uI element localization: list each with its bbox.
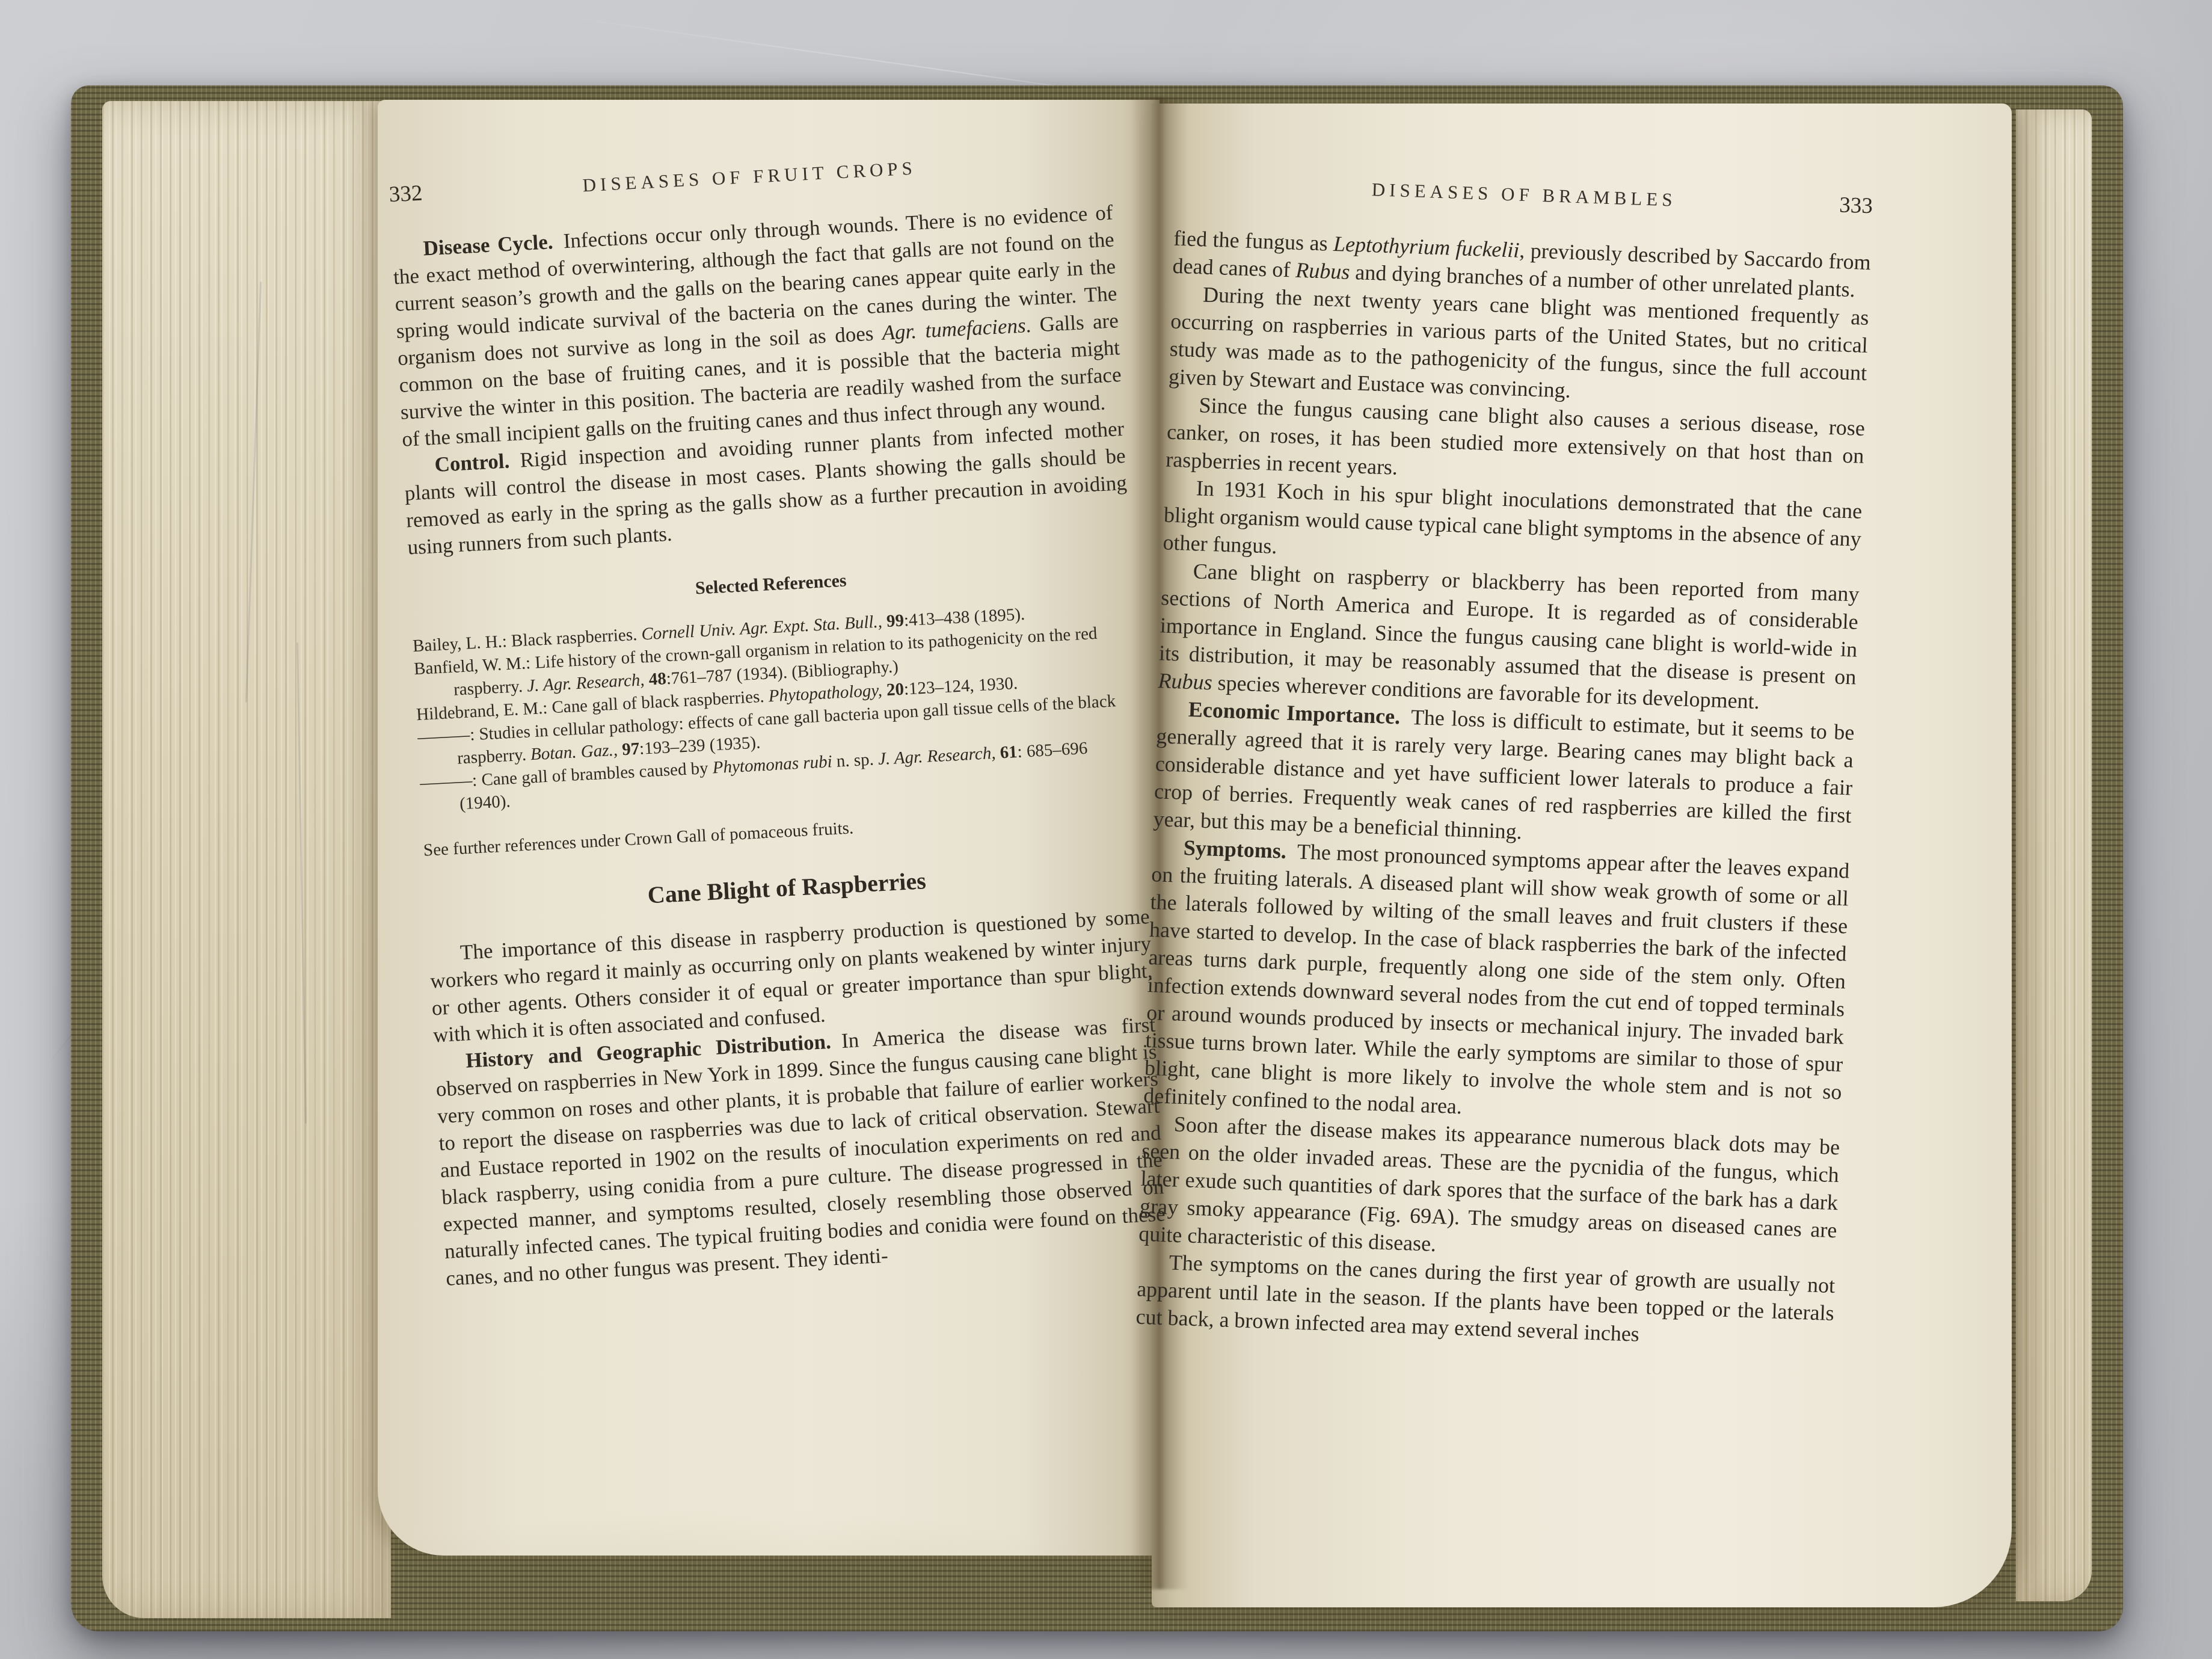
text-segment: Cane Blight of Raspberries: [647, 867, 927, 908]
right-page-edge-stack: [2016, 109, 2092, 1601]
text-segment: Soon after the disease makes its appeara…: [1138, 1112, 1840, 1256]
text-segment: 20: [886, 680, 905, 700]
background-surface: 332 DISEASES OF FRUIT CROPS Disease Cycl…: [0, 0, 2212, 1659]
economic-importance-paragraph: Economic Importance. The loss is difficu…: [1153, 694, 1855, 857]
text-segment: fied the fungus as: [1173, 226, 1334, 256]
distribution-paragraph: Cane blight on raspberry or blackberry h…: [1158, 556, 1860, 718]
text-segment: The most pronounced symptoms appear afte…: [1143, 839, 1850, 1118]
symptoms-paragraph: Symptoms. The most pronounced symptoms a…: [1143, 833, 1850, 1133]
page-edge-crease: [245, 282, 262, 703]
text-segment: Agr. tumefaciens: [882, 313, 1027, 344]
text-segment: Symptoms.: [1183, 836, 1286, 863]
left-page-body: Disease Cycle. Infections occur only thr…: [392, 199, 1167, 1291]
text-segment: 99: [886, 611, 905, 631]
history-distribution-paragraph: History and Geographic Distribution. In …: [434, 1011, 1167, 1292]
left-page-edge-stack: [102, 101, 391, 1618]
disease-cycle-paragraph: Disease Cycle. Infections occur only thr…: [392, 199, 1123, 452]
text-segment: Leptothyrium fuckelii: [1333, 232, 1520, 262]
text-segment: J. Agr. Research,: [877, 743, 996, 769]
left-page-text: 332 DISEASES OF FRUIT CROPS Disease Cycl…: [389, 144, 1167, 1292]
text-segment: 48: [648, 669, 667, 689]
right-page-number: 333: [1794, 190, 1873, 221]
text-segment: Selected References: [695, 570, 847, 598]
left-head-spacer: [1032, 164, 1110, 168]
text-segment: Economic Importance.: [1188, 697, 1400, 728]
open-book: 332 DISEASES OF FRUIT CROPS Disease Cycl…: [71, 85, 2123, 1631]
text-segment: 61: [1000, 742, 1018, 762]
text-segment: The loss is difficult to estimate, but i…: [1153, 704, 1855, 843]
text-segment: Phytomonas rubi: [712, 752, 832, 777]
text-segment: Control.: [434, 449, 511, 476]
text-segment: 97: [621, 739, 640, 759]
right-head-spacer: [1175, 189, 1253, 192]
page-edge-crease: [296, 642, 307, 1124]
text-segment: Rubus: [1158, 668, 1212, 694]
text-segment: n. sp.: [832, 749, 879, 771]
text-segment: Disease Cycle.: [423, 230, 554, 260]
text-segment: See further references under Crown Gall …: [423, 818, 854, 860]
text-segment: During the next twenty years cane blight…: [1169, 282, 1870, 402]
text-segment: Rubus: [1295, 258, 1350, 284]
text-segment: Cane blight on raspberry or blackberry h…: [1159, 559, 1860, 689]
right-page-text: DISEASES OF BRAMBLES 333 fied the fungus…: [1135, 168, 1873, 1355]
left-page-number: 332: [389, 177, 468, 209]
right-page-body: fied the fungus as Leptothyrium fuckelii…: [1135, 224, 1872, 1355]
pycnidia-paragraph: Soon after the disease makes its appeara…: [1138, 1109, 1840, 1272]
text-segment: Botan. Gaz.,: [530, 740, 618, 765]
